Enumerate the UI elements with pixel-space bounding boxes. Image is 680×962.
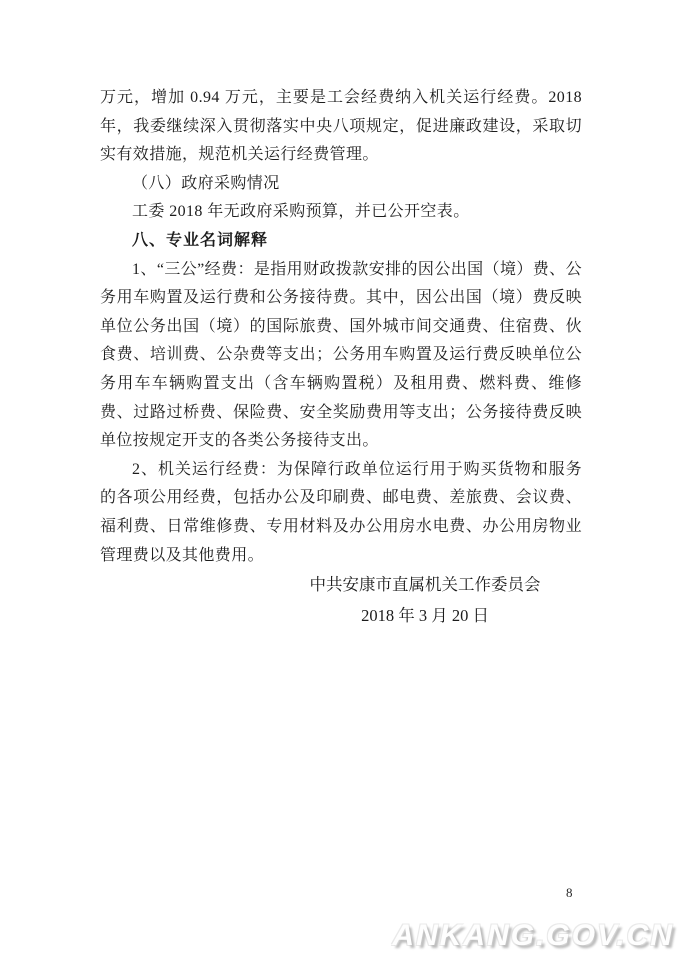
signature-block: 中共安康市直属机关工作委员会 2018 年 3 月 20 日 [240, 570, 610, 631]
signature-organization: 中共安康市直属机关工作委员会 [240, 570, 610, 601]
subheading-government-procurement: （八）政府采购情况 [100, 170, 582, 199]
page-number: 8 [566, 885, 573, 901]
document-body: 万元，增加 0.94 万元，主要是工会经费纳入机关运行经费。2018 年，我委继… [100, 84, 582, 570]
site-watermark: ANKANG.GOV.CN [392, 919, 674, 953]
paragraph-agency-operating-expenses-definition: 2、机关运行经费：为保障行政单位运行用于购买货物和服务的各项公用经费，包括办公及… [100, 456, 582, 570]
paragraph-funding-continuation: 万元，增加 0.94 万元，主要是工会经费纳入机关运行经费。2018 年，我委继… [100, 84, 582, 170]
paragraph-three-public-expenses-definition: 1、“三公”经费：是指用财政拨款安排的因公出国（境）费、公务用车购置及运行费和公… [100, 256, 582, 456]
document-page: 万元，增加 0.94 万元，主要是工会经费纳入机关运行经费。2018 年，我委继… [0, 0, 680, 962]
section-heading-terminology: 八、专业名词解释 [100, 227, 582, 256]
paragraph-procurement-status: 工委 2018 年无政府采购预算，并已公开空表。 [100, 198, 582, 227]
signature-date: 2018 年 3 月 20 日 [240, 601, 610, 632]
